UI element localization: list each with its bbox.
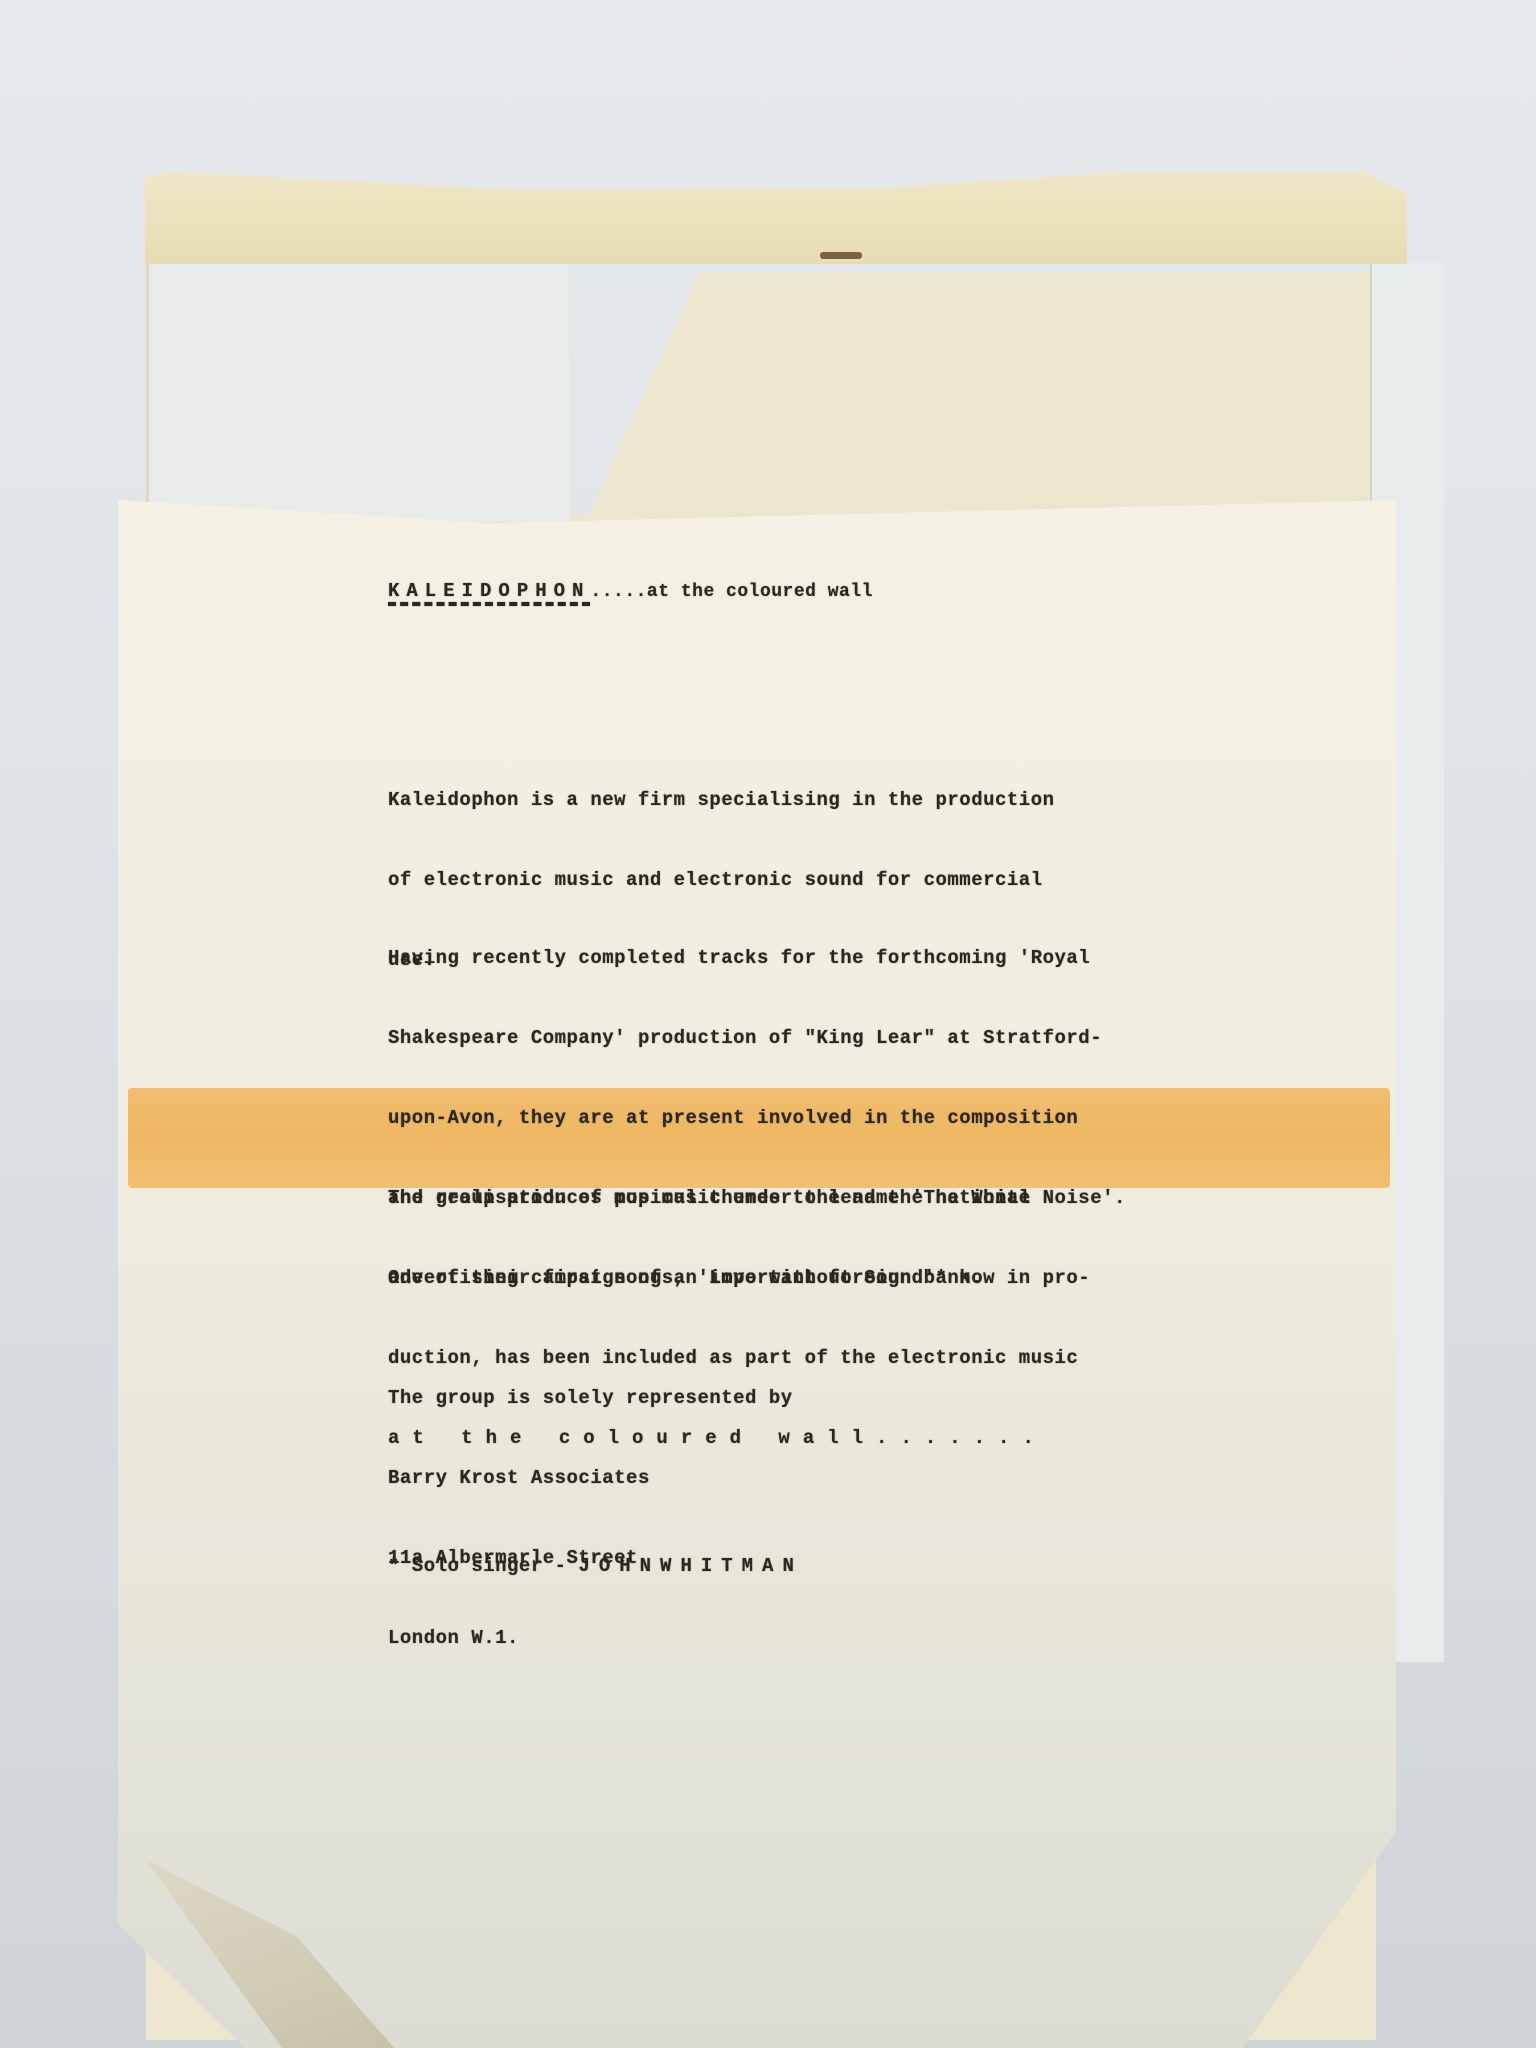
singer-name: JOHNWHITMAN	[578, 1555, 802, 1577]
text-line: upon-Avon, they are at present involved …	[388, 1098, 1102, 1138]
backing-white-cutout	[146, 262, 569, 522]
text-line: London W.1.	[388, 1618, 793, 1658]
document-title: KALEIDOPHON.....at the coloured wall	[388, 580, 873, 602]
text-line: Shakespeare Company' production of "King…	[388, 1018, 1102, 1058]
text-line: of electronic music and electronic sound…	[388, 860, 1055, 900]
title-subtitle: .....at the coloured wall	[590, 582, 873, 602]
staple-mark	[820, 252, 862, 259]
text-line: Barry Krost Associates	[388, 1458, 793, 1498]
text-line: The group produces pop music under the n…	[388, 1178, 1126, 1218]
text-line: Kaleidophon is a new firm specialising i…	[388, 780, 1055, 820]
paragraph-representation: The group is solely represented by Barry…	[388, 1338, 793, 1698]
footnote-label: * Solo singer -	[388, 1555, 578, 1577]
title-main: KALEIDOPHON	[388, 580, 590, 602]
text-line: One of their first songs, 'Love without …	[388, 1258, 1126, 1298]
text-line: The group is solely represented by	[388, 1378, 793, 1418]
footnote-solo-singer: * Solo singer - JOHNWHITMAN	[388, 1555, 803, 1577]
top-tape-strip	[145, 172, 1407, 264]
text-line: Having recently completed tracks for the…	[388, 938, 1102, 978]
